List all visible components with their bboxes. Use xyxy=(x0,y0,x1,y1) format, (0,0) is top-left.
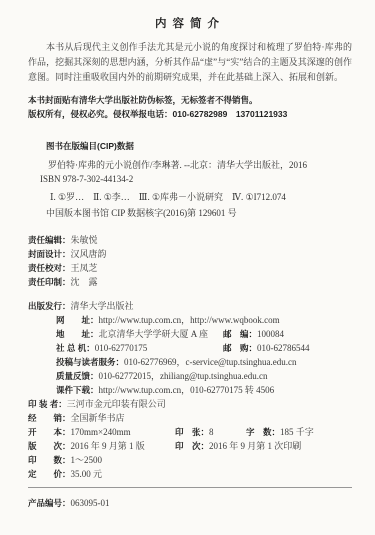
impression-label: 印 次： xyxy=(175,441,209,451)
divider-line xyxy=(28,487,352,488)
cip-classification: Ⅰ. ①罗… Ⅱ. ①李… Ⅲ. ①库弗－小说研究 Ⅳ. ①I712.074 xyxy=(28,190,352,204)
impression-value: 2016 年 9 月第 1 次印刷 xyxy=(209,441,301,451)
page-title: 内容简介 xyxy=(28,18,352,30)
quality-feedback-label: 质量反馈： xyxy=(56,371,99,381)
copyright-notice: 版权所有，侵权必究。侵权举报电话：010-62782989 1370112193… xyxy=(28,108,352,121)
cip-description: 罗伯特·库弗的元小说创作/李琳著. --北京：清华大学出版社，2016 xyxy=(28,158,352,172)
anti-piracy-notice: 本书封面贴有清华大学出版社防伪标签，无标签者不得销售。 xyxy=(28,94,352,107)
sheets-label: 印 张： xyxy=(175,427,209,437)
product-number-row: 产品编号：063095-01 xyxy=(28,496,352,510)
courseware-label: 课件下载： xyxy=(56,385,99,395)
postcode-value: 100084 xyxy=(257,329,284,339)
product-number-value: 063095-01 xyxy=(71,498,110,508)
address-value: 北京清华大学学研大厦 A 座 xyxy=(99,329,209,339)
courseware-row: 课件下载：http://www.tup.com.cn，010-62770175 … xyxy=(56,383,352,397)
printer-value: 三河市金元印装有限公司 xyxy=(67,399,166,409)
switchboard-row: 社 总 机：010-62770175邮 购：010-62786544 xyxy=(56,341,352,355)
website-label: 网 址： xyxy=(56,315,99,325)
edition-row: 版 次：2016 年 9 月第 1 版印 次：2016 年 9 月第 1 次印刷 xyxy=(28,439,352,453)
edition-value: 2016 年 9 月第 1 版 xyxy=(71,441,145,451)
print-run-value: 1～2500 xyxy=(71,455,103,465)
proofreader-value: 王凤芝 xyxy=(71,263,98,273)
sheets-value: 8 xyxy=(209,427,214,437)
word-count-label: 字 数： xyxy=(246,427,280,437)
price-value: 35.00 元 xyxy=(71,469,103,479)
distributor-row: 经 销：全国新华书店 xyxy=(28,411,352,425)
word-count-value: 185 千字 xyxy=(280,427,314,437)
distributor-label: 经 销： xyxy=(28,413,71,423)
publisher-details: 网 址：http://www.tup.com.cn，http://www.wqb… xyxy=(56,313,352,397)
printer-label: 印 装 者： xyxy=(28,399,67,409)
cip-record-number: 中国版本图书馆 CIP 数据核字(2016)第 129601 号 xyxy=(28,206,352,220)
reader-service-value: 010-62776969，c-service@tup.tsinghua.edu.… xyxy=(124,357,297,367)
mail-order-value: 010-62786544 xyxy=(257,343,310,353)
format-label: 开 本： xyxy=(28,427,71,437)
address-label: 地 址： xyxy=(56,329,99,339)
quality-feedback-row: 质量反馈：010-62772015，zhiliang@tup.tsinghua.… xyxy=(56,369,352,383)
website-row: 网 址：http://www.tup.com.cn，http://www.wqb… xyxy=(56,313,352,327)
edition-label: 版 次： xyxy=(28,441,71,451)
publisher-row: 出版发行：清华大学出版社 xyxy=(28,299,352,313)
format-row: 开 本：170mm×240mm印 张：8字 数：185 千字 xyxy=(28,425,352,439)
print-supervisor-label: 责任印制： xyxy=(28,277,71,287)
editor-label: 责任编辑： xyxy=(28,235,71,245)
staff-block: 责任编辑：朱敏悦 封面设计：汉风唐韵 责任校对：王凤芝 责任印制：沈 露 xyxy=(28,233,352,289)
intro-paragraph: 本书从后现代主义创作手法尤其是元小说的角度探讨和梳理了罗伯特·库弗的作品，挖掘其… xyxy=(28,40,352,85)
printer-row: 印 装 者：三河市金元印装有限公司 xyxy=(28,397,352,411)
print-supervisor-value: 沈 露 xyxy=(71,277,98,287)
sheets-cell: 印 张：8 xyxy=(175,425,214,439)
cover-design-row: 封面设计：汉风唐韵 xyxy=(28,247,352,261)
proofreader-row: 责任校对：王凤芝 xyxy=(28,261,352,275)
quality-feedback-value: 010-62772015，zhiliang@tup.tsinghua.edu.c… xyxy=(99,371,268,381)
reader-service-row: 投稿与读者服务：010-62776969，c-service@tup.tsing… xyxy=(56,355,352,369)
production-block: 印 装 者：三河市金元印装有限公司 经 销：全国新华书店 开 本：170mm×2… xyxy=(28,397,352,481)
book-copyright-page: 内容简介 本书从后现代主义创作手法尤其是元小说的角度探讨和梳理了罗伯特·库弗的作… xyxy=(0,0,375,535)
editor-value: 朱敏悦 xyxy=(71,235,98,245)
website-value: http://www.tup.com.cn，http://www.wqbook.… xyxy=(99,315,280,325)
distributor-value: 全国新华书店 xyxy=(71,413,125,423)
editor-row: 责任编辑：朱敏悦 xyxy=(28,233,352,247)
product-number-label: 产品编号： xyxy=(28,498,71,508)
address-row: 地 址：北京清华大学学研大厦 A 座邮 编：100084 xyxy=(56,327,352,341)
price-row: 定 价：35.00 元 xyxy=(28,467,352,481)
publishing-block: 出版发行：清华大学出版社 网 址：http://www.tup.com.cn，h… xyxy=(28,299,352,397)
cip-isbn: ISBN 978-7-302-44134-2 xyxy=(28,172,352,186)
mail-order-label: 邮 购： xyxy=(223,343,257,353)
courseware-value: http://www.tup.com.cn，010-62770175 转 450… xyxy=(99,385,275,395)
cip-heading: 图书在版编目(CIP)数据 xyxy=(28,140,352,153)
cip-data-block: 图书在版编目(CIP)数据 罗伯特·库弗的元小说创作/李琳著. --北京：清华大… xyxy=(28,140,352,220)
publisher-label: 出版发行： xyxy=(28,301,71,311)
switchboard-label: 社 总 机： xyxy=(56,343,95,353)
switchboard-value: 010-62770175 xyxy=(95,343,148,353)
impression-cell: 印 次：2016 年 9 月第 1 次印刷 xyxy=(175,439,301,453)
proofreader-label: 责任校对： xyxy=(28,263,71,273)
mail-order-cell: 邮 购：010-62786544 xyxy=(223,341,310,355)
format-value: 170mm×240mm xyxy=(71,427,131,437)
cover-design-value: 汉风唐韵 xyxy=(71,249,107,259)
print-supervisor-row: 责任印制：沈 露 xyxy=(28,275,352,289)
word-count-cell: 字 数：185 千字 xyxy=(246,425,314,439)
price-label: 定 价： xyxy=(28,469,71,479)
print-run-label: 印 数： xyxy=(28,455,71,465)
publisher-value: 清华大学出版社 xyxy=(71,301,134,311)
print-run-row: 印 数：1～2500 xyxy=(28,453,352,467)
postcode-cell: 邮 编：100084 xyxy=(223,327,284,341)
reader-service-label: 投稿与读者服务： xyxy=(56,357,124,367)
postcode-label: 邮 编： xyxy=(223,329,257,339)
cover-design-label: 封面设计： xyxy=(28,249,71,259)
